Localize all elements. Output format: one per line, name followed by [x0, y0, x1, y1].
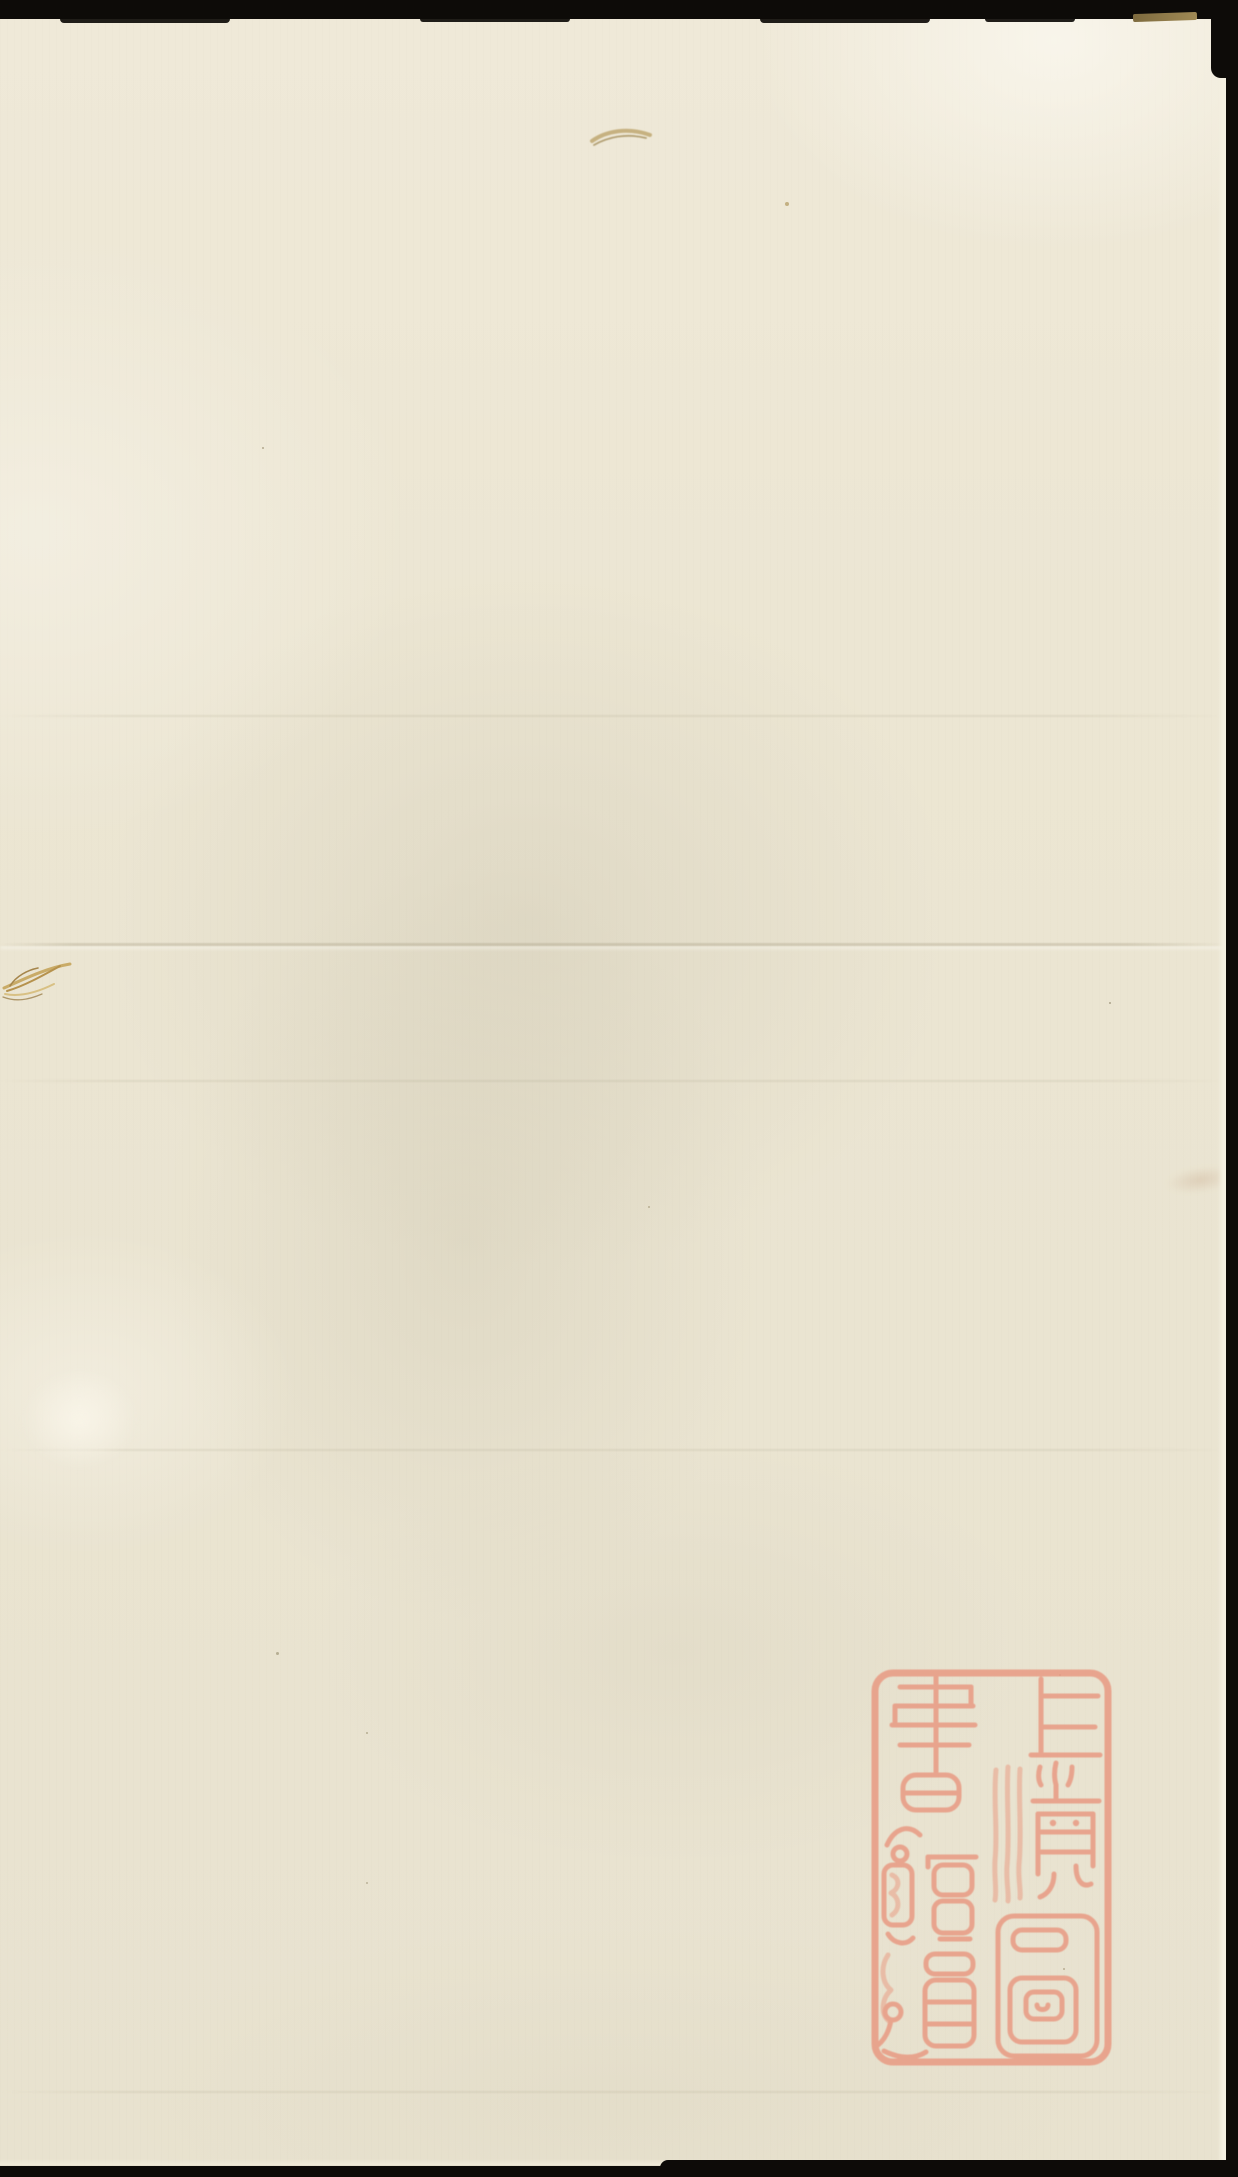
library-seal-stamp: [870, 1668, 1113, 2067]
scan-border-ragged-edge: [60, 19, 230, 23]
scan-border-right: [1226, 0, 1238, 2177]
fold-crease: [0, 715, 1226, 717]
seal-char-hai: [995, 1763, 1099, 1901]
seal-char-cang: [878, 1954, 974, 2057]
seal-char-shu: [892, 1675, 975, 1810]
seal-char-shang: [1031, 1679, 1100, 1755]
speck: [648, 1206, 650, 1208]
scan-border-ragged-edge: [985, 19, 1075, 22]
light-patch: [22, 1369, 137, 1469]
seal-char-guan: [884, 1829, 976, 1943]
speck: [276, 1652, 279, 1655]
speck: [1109, 1002, 1111, 1004]
scan-border-bottom: [0, 2166, 1238, 2177]
fold-crease: [0, 1080, 1226, 1082]
scan-border-top: [0, 0, 1238, 19]
scan-border-ragged-edge: [760, 18, 930, 23]
fold-crease: [0, 2091, 1226, 2093]
paper-scratch: [588, 124, 658, 152]
speck: [785, 202, 789, 206]
speck: [366, 1732, 368, 1734]
paper-edge-highlight-right: [1217, 20, 1226, 2160]
scanned-book-page: [0, 0, 1238, 2177]
scan-border-ragged-edge: [420, 19, 570, 22]
seal-char-tu: [998, 1916, 1097, 2056]
speck: [262, 447, 264, 449]
fold-crease: [0, 1449, 1226, 1451]
straw-fiber-artifact: [0, 952, 84, 1012]
speck: [366, 1882, 368, 1884]
fold-crease-main: [0, 943, 1226, 946]
